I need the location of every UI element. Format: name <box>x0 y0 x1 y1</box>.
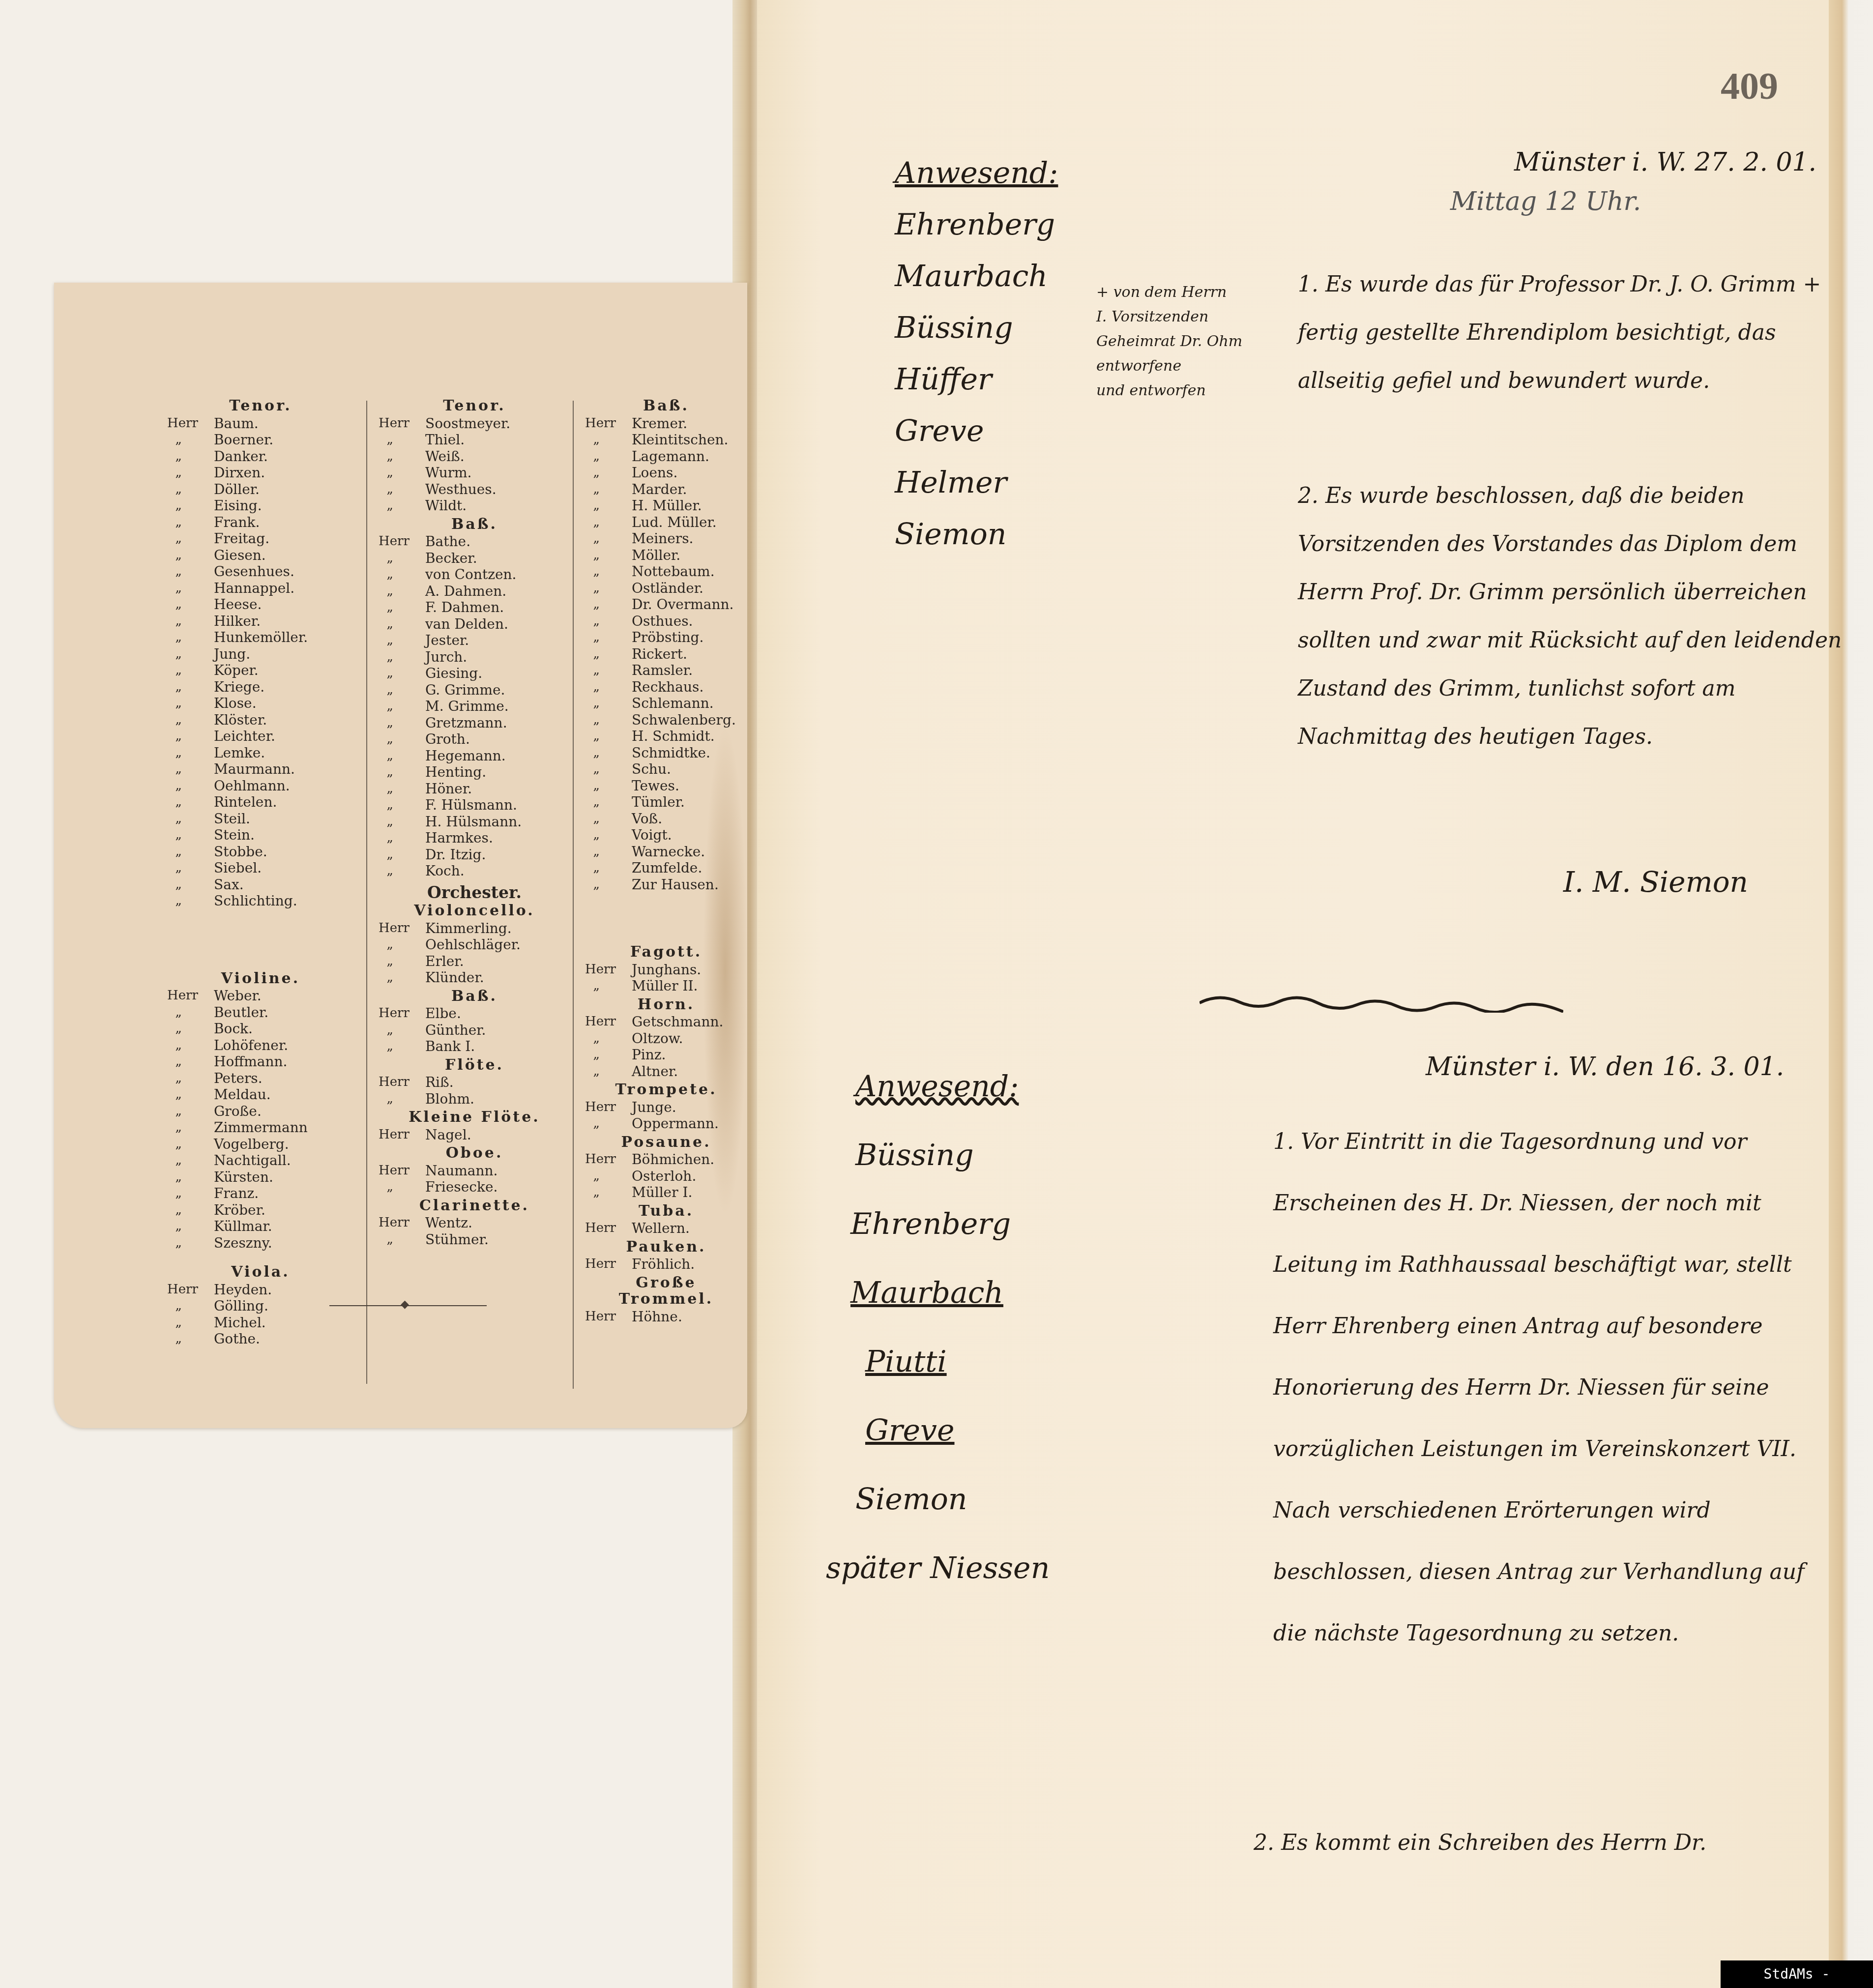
honorific: Herr <box>379 1005 425 1022</box>
honorific: Herr <box>379 1163 425 1179</box>
note-line: + von dem Herrn <box>1096 280 1273 305</box>
honorific: „ <box>585 860 632 877</box>
honorific: „ <box>167 596 214 613</box>
member-name: Bank I. <box>425 1038 570 1055</box>
section-heading: Tuba. <box>585 1203 747 1220</box>
attendee: Hüffer <box>895 354 1058 406</box>
honorific: „ <box>167 580 214 597</box>
honorific: „ <box>379 1022 425 1039</box>
member-name: Jurch. <box>425 649 570 666</box>
roster-row: „Schlemann. <box>585 695 747 712</box>
section-heading: Violoncello. <box>379 903 570 919</box>
member-name: F. Dahmen. <box>425 599 570 616</box>
honorific: „ <box>167 1103 214 1120</box>
honorific: Herr <box>585 1220 632 1237</box>
roster-row: HerrSoostmeyer. <box>379 415 570 432</box>
roster-row: „Hannappel. <box>167 580 354 597</box>
roster-row: HerrWeber. <box>167 988 354 1004</box>
member-name: Wildt. <box>425 497 570 514</box>
honorific: „ <box>167 1004 214 1021</box>
roster-row: „Möller. <box>585 547 747 564</box>
section-heading: Baß. <box>379 516 570 533</box>
member-name: Junghans. <box>632 962 747 978</box>
roster-row: „Gesenhues. <box>167 563 354 580</box>
member-name: van Delden. <box>425 616 570 633</box>
roster-row: „Ostländer. <box>585 580 747 597</box>
honorific: „ <box>379 764 425 781</box>
member-name: Nagel. <box>425 1127 570 1143</box>
member-name: Groth. <box>425 731 570 748</box>
roster-row: „Reckhaus. <box>585 679 747 696</box>
entry1-item-1: 1. Es wurde das für Professor Dr. J. O. … <box>1298 261 1863 405</box>
honorific: Herr <box>585 1014 632 1030</box>
honorific: „ <box>585 1047 632 1063</box>
honorific: „ <box>167 811 214 827</box>
member-name: Zur Hausen. <box>632 877 747 893</box>
member-name: Kleintitschen. <box>632 432 747 448</box>
member-name: von Contzen. <box>425 566 570 583</box>
roster-row: „Eising. <box>167 497 354 514</box>
section-heading: Baß. <box>585 398 747 414</box>
honorific: „ <box>585 1184 632 1201</box>
honorific: „ <box>379 698 425 715</box>
roster-row: „Weiß. <box>379 448 570 465</box>
honorific: „ <box>585 432 632 448</box>
attendee: Ehrenberg <box>850 1190 1050 1258</box>
roster-row: „Voß. <box>585 811 747 827</box>
member-name: Beutler. <box>214 1004 354 1021</box>
honorific: „ <box>167 1298 214 1315</box>
roster-row: „Günther. <box>379 1022 570 1039</box>
member-name: Müller II. <box>632 978 747 994</box>
entry2-item-2: 2. Es kommt ein Schreiben des Herrn Dr. <box>1254 1819 1804 1867</box>
entry2-header: Münster i. W. den 16. 3. 01. <box>1426 1052 1784 1082</box>
honorific: „ <box>585 465 632 481</box>
section-heading: Tenor. <box>379 398 570 414</box>
entry1-item-2: 2. Es wurde beschlossen, daß die beiden … <box>1298 472 1863 761</box>
honorific: „ <box>585 1168 632 1185</box>
section-heading: Orchester. <box>379 884 570 901</box>
roster-row: „Blohm. <box>379 1091 570 1108</box>
roster-row: „Oltzow. <box>585 1030 747 1047</box>
member-name: Friesecke. <box>425 1179 570 1196</box>
roster-row: „Zur Hausen. <box>585 877 747 893</box>
honorific: „ <box>585 844 632 860</box>
roster-row: „Frank. <box>167 514 354 531</box>
honorific: „ <box>585 646 632 663</box>
member-name: Michel. <box>214 1315 354 1331</box>
page-number: 409 <box>1721 64 1778 108</box>
attendee: später Niessen <box>826 1534 1050 1603</box>
roster-row: „Pröbsting. <box>585 629 747 646</box>
member-name: Jung. <box>214 646 354 663</box>
roster-row: „M. Grimme. <box>379 698 570 715</box>
section-heading: Clarinette. <box>379 1198 570 1214</box>
roster-row: „Stühmer. <box>379 1231 570 1248</box>
honorific: „ <box>167 712 214 729</box>
roster-row: „Zumfelde. <box>585 860 747 877</box>
attendance-label: Anwesend: <box>855 1052 1050 1121</box>
section-separator <box>1200 988 1563 1013</box>
roster-row: „A. Dahmen. <box>379 583 570 600</box>
roster-row: „Oehlmann. <box>167 778 354 794</box>
honorific: „ <box>167 844 214 860</box>
honorific: „ <box>585 712 632 729</box>
member-name: Schwalenberg. <box>632 712 747 729</box>
roster-row: HerrFröhlich. <box>585 1256 747 1273</box>
member-name: M. Grimme. <box>425 698 570 715</box>
honorific: „ <box>167 563 214 580</box>
attendee: Büssing <box>855 1121 1050 1190</box>
member-name: Oehlmann. <box>214 778 354 794</box>
section-heading: Oboe. <box>379 1145 570 1162</box>
honorific: Herr <box>379 533 425 550</box>
honorific: „ <box>379 1038 425 1055</box>
roster-row: HerrJunge. <box>585 1099 747 1116</box>
roster-row: „Oppermann. <box>585 1115 747 1132</box>
honorific: „ <box>585 679 632 696</box>
member-name: Oppermann. <box>632 1115 747 1132</box>
member-name: Zimmermann <box>214 1119 354 1136</box>
honorific: „ <box>167 465 214 481</box>
member-name: Große. <box>214 1103 354 1120</box>
honorific: „ <box>167 778 214 794</box>
note-line: entworfene <box>1096 354 1273 379</box>
member-name: Danker. <box>214 448 354 465</box>
roster-row: „Michel. <box>167 1315 354 1331</box>
roster-row: „Dirxen. <box>167 465 354 481</box>
member-name: Giesing. <box>425 665 570 682</box>
roster-row: „Dr. Itzig. <box>379 847 570 863</box>
member-name: Soostmeyer. <box>425 415 570 432</box>
honorific: „ <box>167 1331 214 1347</box>
honorific: „ <box>379 953 425 970</box>
honorific: „ <box>585 877 632 893</box>
honorific: Herr <box>585 962 632 978</box>
roster-row: „G. Grimme. <box>379 682 570 699</box>
printed-program-sheet: Tenor.HerrBaum. „Boerner. „Danker. „Dirx… <box>54 283 747 1428</box>
honorific: Herr <box>379 415 425 432</box>
honorific: „ <box>585 481 632 498</box>
roster-row: „Lud. Müller. <box>585 514 747 531</box>
member-name: Ramsler. <box>632 662 747 679</box>
roster-row: „H. Hülsmann. <box>379 814 570 830</box>
member-name: Günther. <box>425 1022 570 1039</box>
roster-row: „Große. <box>167 1103 354 1120</box>
member-name: Naumann. <box>425 1163 570 1179</box>
member-name: Loens. <box>632 465 747 481</box>
member-name: Müller I. <box>632 1184 747 1201</box>
member-name: Oltzow. <box>632 1030 747 1047</box>
honorific: „ <box>167 1169 214 1186</box>
member-name: Warnecke. <box>632 844 747 860</box>
roster-row: „Ramsler. <box>585 662 747 679</box>
honorific: „ <box>585 547 632 564</box>
roster-row: „van Delden. <box>379 616 570 633</box>
honorific: „ <box>379 583 425 600</box>
honorific: „ <box>379 936 425 953</box>
member-name: Wurm. <box>425 465 570 481</box>
honorific: Herr <box>379 920 425 937</box>
roster-row: „Jester. <box>379 632 570 649</box>
program-column-3: Baß.HerrKremer. „Kleintitschen. „Lageman… <box>585 396 747 1325</box>
ornament-divider <box>329 1305 487 1306</box>
honorific: „ <box>585 448 632 465</box>
member-name: F. Hülsmann. <box>425 797 570 814</box>
member-name: Kriege. <box>214 679 354 696</box>
honorific: „ <box>167 877 214 893</box>
honorific: Herr <box>585 1151 632 1168</box>
roster-row: „Meiners. <box>585 530 747 547</box>
attendance-label: Anwesend: <box>895 147 1058 199</box>
honorific: „ <box>379 682 425 699</box>
roster-row: „Oehlschläger. <box>379 936 570 953</box>
roster-row: „Thiel. <box>379 432 570 448</box>
honorific: „ <box>167 432 214 448</box>
honorific: Herr <box>167 1282 214 1298</box>
honorific: Herr <box>585 1099 632 1116</box>
member-name: Dirxen. <box>214 465 354 481</box>
member-name: Thiel. <box>425 432 570 448</box>
entry1-signature: I. M. Siemon <box>1563 865 1748 899</box>
honorific: Herr <box>167 415 214 432</box>
roster-row: HerrElbe. <box>379 1005 570 1022</box>
honorific: „ <box>379 797 425 814</box>
honorific: „ <box>585 580 632 597</box>
roster-row: „Franz. <box>167 1185 354 1202</box>
section-heading: Große Trommel. <box>585 1275 747 1308</box>
roster-row: „F. Dahmen. <box>379 599 570 616</box>
honorific: „ <box>167 1218 214 1235</box>
roster-row: „Klünder. <box>379 969 570 986</box>
roster-row: „Dr. Overmann. <box>585 596 747 613</box>
member-name: Bathe. <box>425 533 570 550</box>
roster-row: „Loens. <box>585 465 747 481</box>
member-name: Eising. <box>214 497 354 514</box>
member-name: Blohm. <box>425 1091 570 1108</box>
member-name: Tewes. <box>632 778 747 794</box>
attendee: Helmer <box>895 457 1058 509</box>
honorific: „ <box>379 1231 425 1248</box>
roster-row: „Müller II. <box>585 978 747 994</box>
member-name: Vogelberg. <box>214 1136 354 1153</box>
honorific: „ <box>379 715 425 731</box>
honorific: „ <box>167 1037 214 1054</box>
roster-row: „Hunkemöller. <box>167 629 354 646</box>
roster-row: „F. Hülsmann. <box>379 797 570 814</box>
roster-row: „Siebel. <box>167 860 354 877</box>
honorific: „ <box>167 827 214 844</box>
member-name: Kürsten. <box>214 1169 354 1186</box>
member-name: Erler. <box>425 953 570 970</box>
honorific: „ <box>167 629 214 646</box>
roster-row: „Harmkes. <box>379 830 570 847</box>
attendee: Maurbach <box>895 251 1058 302</box>
member-name: Junge. <box>632 1099 747 1116</box>
member-name: Freitag. <box>214 530 354 547</box>
roster-row: HerrNaumann. <box>379 1163 570 1179</box>
roster-row: „Warnecke. <box>585 844 747 860</box>
member-name: Harmkes. <box>425 830 570 847</box>
honorific: „ <box>167 1136 214 1153</box>
member-name: Zumfelde. <box>632 860 747 877</box>
honorific: „ <box>379 616 425 633</box>
roster-row: HerrKremer. <box>585 415 747 432</box>
member-name: Lagemann. <box>632 448 747 465</box>
honorific: „ <box>585 662 632 679</box>
section-heading: Flöte. <box>379 1057 570 1074</box>
roster-row: „Freitag. <box>167 530 354 547</box>
member-name: Koch. <box>425 863 570 879</box>
member-name: Stobbe. <box>214 844 354 860</box>
member-name: Schmidtke. <box>632 745 747 761</box>
honorific: „ <box>167 1315 214 1331</box>
note-line: Geheimrat Dr. Ohm <box>1096 329 1273 354</box>
honorific: „ <box>379 1091 425 1108</box>
section-heading: Viola. <box>167 1264 354 1281</box>
attendee: Greve <box>895 406 1058 457</box>
attendee: Büssing <box>895 302 1058 354</box>
roster-row: „Marder. <box>585 481 747 498</box>
member-name: Henting. <box>425 764 570 781</box>
member-name: Getschmann. <box>632 1014 747 1030</box>
honorific: „ <box>585 1115 632 1132</box>
roster-row: „Becker. <box>379 550 570 567</box>
member-name: Bock. <box>214 1021 354 1037</box>
roster-row: „Schwalenberg. <box>585 712 747 729</box>
note-line: und entworfen <box>1096 379 1273 403</box>
honorific: „ <box>379 969 425 986</box>
member-name: Hannappel. <box>214 580 354 597</box>
honorific: „ <box>379 731 425 748</box>
honorific: „ <box>585 745 632 761</box>
member-name: Tümler. <box>632 794 747 811</box>
entry1-time: Mittag 12 Uhr. <box>1450 187 1641 216</box>
roster-row: HerrNagel. <box>379 1127 570 1143</box>
member-name: H. Hülsmann. <box>425 814 570 830</box>
roster-row: „Kleintitschen. <box>585 432 747 448</box>
roster-row: „Bank I. <box>379 1038 570 1055</box>
honorific: „ <box>379 465 425 481</box>
program-column-2: Tenor.HerrSoostmeyer. „Thiel. „Weiß. „Wu… <box>379 396 570 1248</box>
member-name: Jester. <box>425 632 570 649</box>
member-name: Szeszny. <box>214 1235 354 1252</box>
honorific: „ <box>167 1119 214 1136</box>
honorific: „ <box>167 1086 214 1103</box>
roster-row: HerrWentz. <box>379 1215 570 1231</box>
member-name: G. Grimme. <box>425 682 570 699</box>
member-name: Osterloh. <box>632 1168 747 1185</box>
roster-row: „Erler. <box>379 953 570 970</box>
honorific: „ <box>379 814 425 830</box>
roster-row: „Wildt. <box>379 497 570 514</box>
roster-row: „Nachtigall. <box>167 1152 354 1169</box>
roster-row: „Nottebaum. <box>585 563 747 580</box>
attendee: Siemon <box>895 509 1058 560</box>
member-name: Ostländer. <box>632 580 747 597</box>
roster-row: „Szeszny. <box>167 1235 354 1252</box>
entry2-attendance: Anwesend: Büssing Ehrenberg Maurbach Piu… <box>801 1052 1050 1603</box>
roster-row: „Lagemann. <box>585 448 747 465</box>
member-name: Höhne. <box>632 1309 747 1325</box>
member-name: Osthues. <box>632 613 747 630</box>
honorific: „ <box>585 794 632 811</box>
honorific: Herr <box>379 1127 425 1143</box>
honorific: „ <box>167 1152 214 1169</box>
roster-row: HerrBaum. <box>167 415 354 432</box>
member-name: Weiß. <box>425 448 570 465</box>
member-name: Sax. <box>214 877 354 893</box>
program-column-1: Tenor.HerrBaum. „Boerner. „Danker. „Dirx… <box>167 396 354 1347</box>
note-line: I. Vorsitzenden <box>1096 305 1273 329</box>
roster-row: „Stein. <box>167 827 354 844</box>
member-name: Lemke. <box>214 745 354 761</box>
member-name: Wentz. <box>425 1215 570 1231</box>
honorific: „ <box>167 530 214 547</box>
roster-row: „Kürsten. <box>167 1169 354 1186</box>
member-name: Rintelen. <box>214 794 354 811</box>
honorific: „ <box>167 679 214 696</box>
roster-row: „Jung. <box>167 646 354 663</box>
member-name: Möller. <box>632 547 747 564</box>
attendee: Piutti <box>865 1327 1050 1396</box>
member-name: Küllmar. <box>214 1218 354 1235</box>
honorific: „ <box>585 514 632 531</box>
roster-row: HerrRiß. <box>379 1074 570 1091</box>
honorific: „ <box>585 827 632 844</box>
roster-row: „Höner. <box>379 781 570 797</box>
archive-reference-label: StdAMs - MV_004_671 <box>1721 1960 1873 1988</box>
member-name: Steil. <box>214 811 354 827</box>
roster-row: „von Contzen. <box>379 566 570 583</box>
roster-row: „Kriege. <box>167 679 354 696</box>
member-name: Heyden. <box>214 1282 354 1298</box>
honorific: „ <box>167 613 214 630</box>
member-name: Pinz. <box>632 1047 747 1063</box>
roster-row: „Hilker. <box>167 613 354 630</box>
roster-row: HerrWellern. <box>585 1220 747 1237</box>
roster-row: „Jurch. <box>379 649 570 666</box>
honorific: Herr <box>379 1215 425 1231</box>
honorific: „ <box>585 497 632 514</box>
roster-row: „Hoffmann. <box>167 1053 354 1070</box>
roster-row: HerrJunghans. <box>585 962 747 978</box>
member-name: Maurmann. <box>214 761 354 778</box>
roster-row: „Rickert. <box>585 646 747 663</box>
roster-row: „Lemke. <box>167 745 354 761</box>
member-name: Nachtigall. <box>214 1152 354 1169</box>
member-name: Elbe. <box>425 1005 570 1022</box>
member-name: Kimmerling. <box>425 920 570 937</box>
member-name: Hunkemöller. <box>214 629 354 646</box>
member-name: Leichter. <box>214 728 354 745</box>
member-name: Weber. <box>214 988 354 1004</box>
honorific: „ <box>167 448 214 465</box>
honorific: „ <box>167 662 214 679</box>
member-name: Boerner. <box>214 432 354 448</box>
honorific: Herr <box>379 1074 425 1091</box>
honorific: „ <box>585 811 632 827</box>
honorific: „ <box>585 563 632 580</box>
roster-row: „Zimmermann <box>167 1119 354 1136</box>
honorific: „ <box>167 860 214 877</box>
roster-row: „H. Schmidt. <box>585 728 747 745</box>
member-name: Meldau. <box>214 1086 354 1103</box>
member-name: Schu. <box>632 761 747 778</box>
member-name: Dr. Overmann. <box>632 596 747 613</box>
honorific: „ <box>585 1063 632 1080</box>
honorific: „ <box>379 847 425 863</box>
